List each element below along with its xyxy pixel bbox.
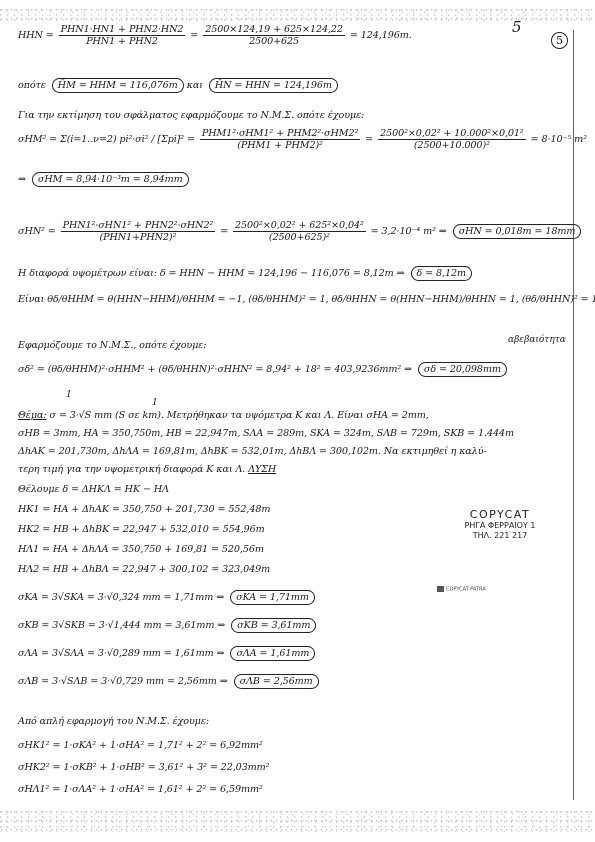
boxed-result: δ = 8,12m — [411, 266, 472, 281]
text: σΛB = 3·√SΛB = 3·√0,729 mm = 2,56mm ⇒ — [18, 676, 228, 687]
text: Η διαφορά υψομέτρων είναι: δ = HHN − HHM… — [18, 268, 405, 279]
fraction: PHN1·HN1 + PHN2·HN2PHN1 + PHN2 — [59, 24, 186, 47]
boxed-result: σΛB = 2,56mm — [234, 674, 319, 689]
problem-line: ΔhAK = 201,730m, ΔhΛA = 169,81m, ΔhBK = … — [18, 446, 487, 457]
eq-lhs: σHN² = — [18, 226, 56, 237]
solution-line: σHΛ1² = 1·σΛA² + 1·σHA² = 1,61² + 2² = 6… — [18, 784, 263, 795]
solution-line: HΛ2 = HB + ΔhBΛ = 22,947 + 300,102 = 323… — [18, 564, 270, 575]
text: σΛA = 3√SΛA = 3·√0,289 mm = 1,61mm ⇒ — [18, 648, 224, 659]
eq-result: = 124,196m. — [350, 30, 412, 41]
solution-line: HK2 = HB + ΔhBK = 22,947 + 532,010 = 554… — [18, 524, 265, 535]
equation-sigma-hn: σHN² = PHN1²·σHN1² + PHN2²·σHN2²(PHN1+PH… — [18, 220, 581, 243]
text: οπότε — [18, 80, 46, 91]
fraction: PHN1²·σHN1² + PHN2²·σHN2²(PHN1+PHN2)² — [61, 220, 216, 243]
expr: (θδ/θHHN)² = 1. — [522, 294, 595, 305]
solution-line: σHK2² = 1·σKB² + 1·σHB² = 3,61² + 3² = 2… — [18, 762, 269, 773]
partial-derivatives: Είναι θδ/θHHM = θ(HHN−HHM)/θHHM = −1, (θ… — [18, 294, 595, 305]
annotation: 1 — [152, 398, 158, 408]
fraction: 2500×124,19 + 625×124,222500+625 — [203, 24, 345, 47]
solution-line: HΛ1 = HA + ΔhΛA = 350,750 + 169,81 = 520… — [18, 544, 264, 555]
solution-label: ΛΥΣΗ — [248, 464, 276, 475]
copyshop-small-stamp: COPYCAT PATRA — [437, 586, 486, 593]
eq-lhs: HHN = — [18, 30, 54, 41]
boxed-result: H̄M = HHM = 116,076m — [52, 78, 184, 93]
annotation: αβεβαιότητα — [508, 335, 566, 345]
corner-page-mark: 5 — [512, 18, 522, 36]
stamp-small-text: COPYCAT PATRA — [446, 587, 486, 593]
sigma-line: σKA = 3√SKA = 3·√0,324 mm = 1,71mm ⇒ σKA… — [18, 590, 315, 605]
equation-hhn: HHN = PHN1·HN1 + PHN2·HN2PHN1 + PHN2 = 2… — [18, 24, 412, 47]
sigma-line: σΛA = 3√SΛA = 3·√0,289 mm = 1,61mm ⇒ σΛA… — [18, 646, 315, 661]
text-line: Εφαρμόζουμε το Ν.Μ.Σ., οπότε έχουμε: — [18, 340, 206, 351]
cat-logo-icon — [437, 586, 444, 592]
fraction: 2500²×0,02² + 625²×0,04²(2500+625)² — [233, 220, 366, 243]
scan-noise-bottom — [0, 810, 595, 832]
boxed-result: σKB = 3,61mm — [231, 618, 316, 633]
boxed-result: σHN = 0,018m = 18mm — [453, 224, 582, 239]
boxed-result: σδ = 20,098mm — [418, 362, 507, 377]
arrow: ⇒ — [18, 174, 26, 185]
problem-label: Θέμα: — [18, 410, 46, 421]
fraction: 2500²×0,02² + 10.000²×0,01²(2500+10.000)… — [378, 128, 526, 151]
equation-sigma-delta: σδ² = (θδ/θHHM)²·σHHM² + (θδ/θHHN)²·σHHN… — [18, 362, 507, 377]
text: σ = 3·√S mm (S σε km). Μετρήθηκαν τα υψό… — [49, 410, 428, 421]
result-heights: οπότε H̄M = HHM = 116,076m και H̄N = HHN… — [18, 78, 338, 93]
stamp-address: ΡΗΓΑ ΦΕΡΡΑΙΟΥ 1 — [440, 521, 560, 531]
expr: θδ/θHHM = θ(HHN−HHM)/θHHM = −1, — [47, 294, 245, 305]
boxed-result: σΛA = 1,61mm — [230, 646, 315, 661]
annotation: 1 — [66, 390, 72, 400]
expr: (θδ/θHHM)² = 1, — [248, 294, 328, 305]
boxed-result: σHM = 8,94·10⁻³m = 8,94mm — [32, 172, 189, 187]
stamp-phone: ΤΗΛ. 221 217 — [440, 531, 560, 541]
sum-expr: Σ(i=1..ν=2) pi²·σi² / [Σpi]² — [60, 134, 184, 145]
sigma-line: σΛB = 3·√SΛB = 3·√0,729 mm = 2,56mm ⇒ σΛ… — [18, 674, 319, 689]
solution-line: σHK1² = 1·σKA² + 1·σHA² = 1,71² + 2² = 6… — [18, 740, 263, 751]
equation-sigma-hm: σHM² = Σ(i=1..ν=2) pi²·σi² / [Σpi]² = PH… — [18, 128, 587, 151]
page-number: 5 — [551, 32, 568, 49]
eq-lhs: σHM² = — [18, 134, 57, 145]
boxed-result: σKA = 1,71mm — [230, 590, 315, 605]
problem-line: σHB = 3mm, HA = 350,750m, HB = 22,947m, … — [18, 428, 514, 439]
solution-line: Θέλουμε δ = ΔHKΛ = HK − HΛ — [18, 484, 169, 495]
copyshop-stamp: COPYCAT ΡΗΓΑ ΦΕΡΡΑΙΟΥ 1 ΤΗΛ. 221 217 — [440, 508, 560, 541]
difference-line: Η διαφορά υψομέτρων είναι: δ = HHN − HHM… — [18, 266, 472, 281]
eq-result: = 3,2·10⁻⁴ m² ⇒ — [371, 226, 447, 237]
solution-line: Από απλή εφαρμογή του Ν.Μ.Σ. έχουμε: — [18, 716, 209, 727]
sigma-line: σKB = 3√SKB = 3·√1,444 mm = 3,61mm ⇒ σKB… — [18, 618, 316, 633]
problem-line: τερη τιμή για την υψομετρική διαφορά Κ κ… — [18, 464, 276, 475]
text: Είναι — [18, 294, 44, 305]
problem-line: Θέμα: σ = 3·√S mm (S σε km). Μετρήθηκαν … — [18, 410, 429, 421]
text: σKA = 3√SKA = 3·√0,324 mm = 1,71mm ⇒ — [18, 592, 224, 603]
result-sigma-hm: ⇒ σHM = 8,94·10⁻³m = 8,94mm — [18, 172, 189, 187]
scan-noise-top — [0, 8, 595, 24]
eq-result: = 8·10⁻⁵ m² — [531, 134, 587, 145]
text: σδ² = (θδ/θHHM)²·σHHM² + (θδ/θHHN)²·σHHN… — [18, 364, 412, 375]
fraction: PHM1²·σHM1² + PHM2²·σHM2²(PHM1 + PHM2)² — [200, 128, 360, 151]
solution-line: HK1 = HA + ΔhAK = 350,750 + 201,730 = 55… — [18, 504, 270, 515]
text: σKB = 3√SKB = 3·√1,444 mm = 3,61mm ⇒ — [18, 620, 225, 631]
boxed-result: H̄N = HHN = 124,196m — [209, 78, 338, 93]
text: τερη τιμή για την υψομετρική διαφορά Κ κ… — [18, 464, 245, 475]
text-line: Για την εκτίμηση του σφάλματος εφαρμόζου… — [18, 110, 364, 121]
expr: θδ/θHHN = θ(HHN−HHM)/θHHN = 1, — [332, 294, 519, 305]
text: και — [187, 80, 203, 91]
stamp-name: COPYCAT — [440, 508, 560, 521]
